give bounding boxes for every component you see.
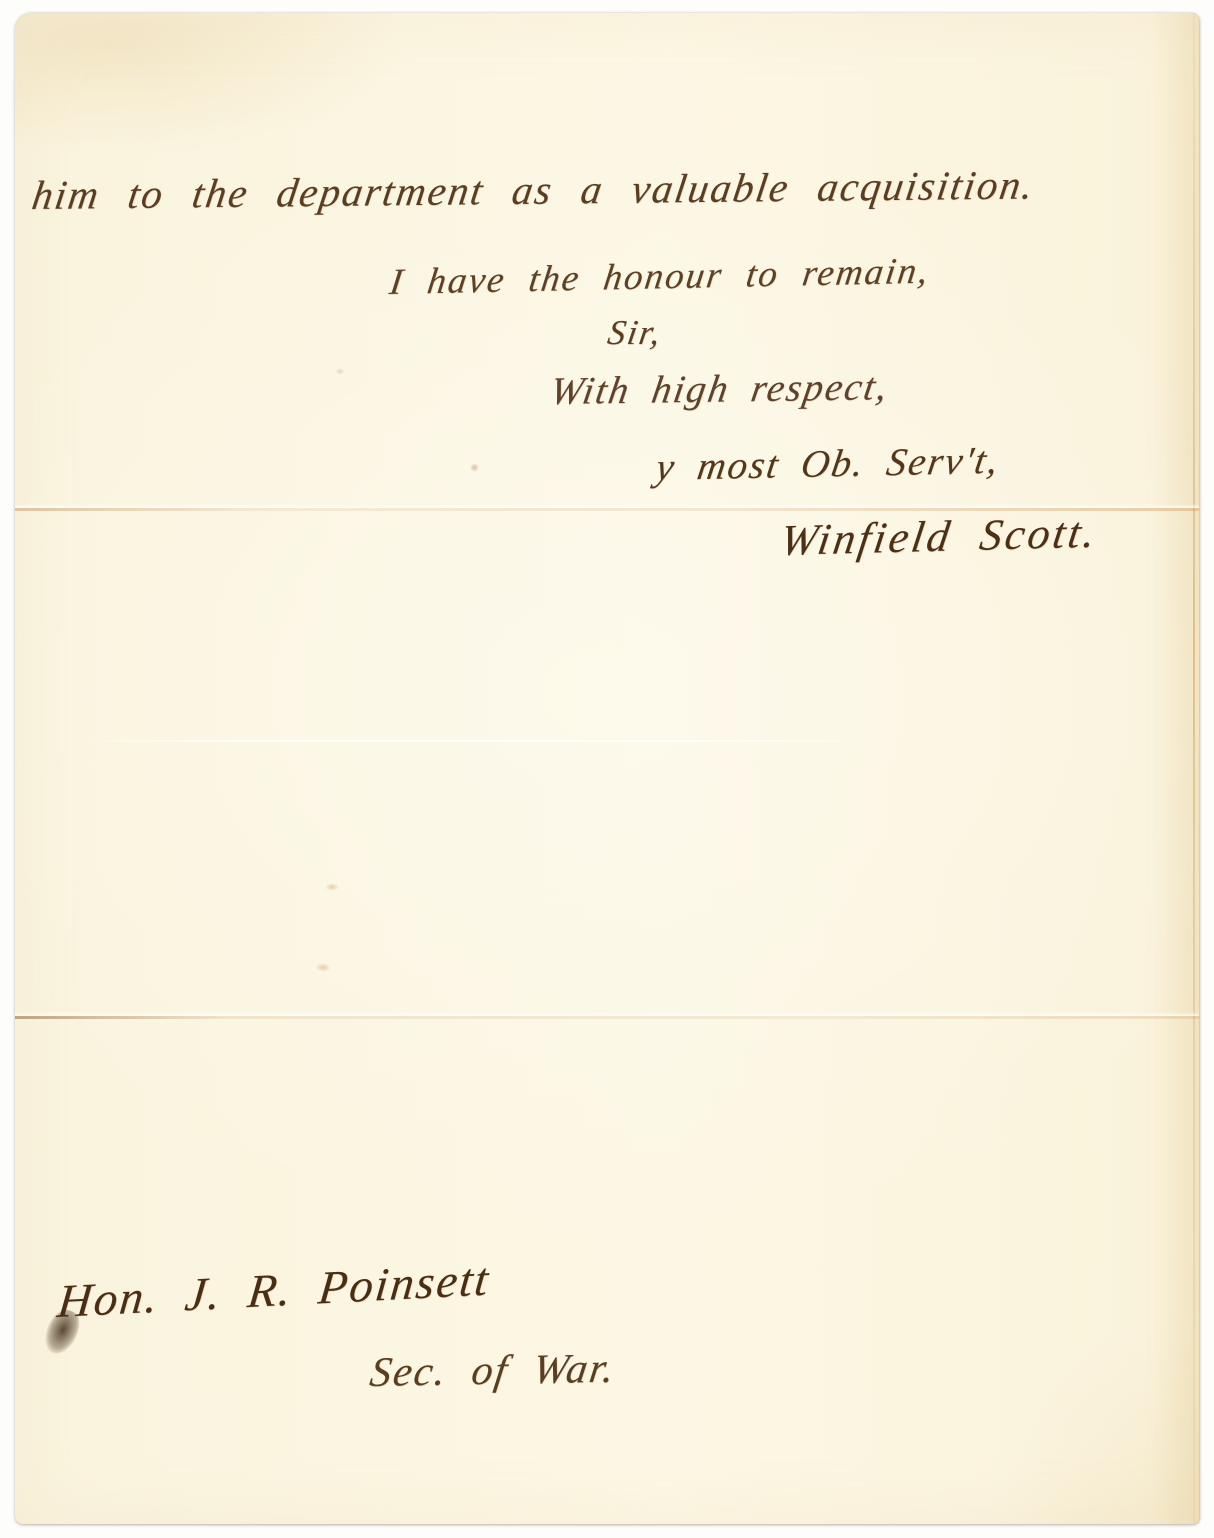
letter-body-line: him to the department as a valuable acqu… <box>29 161 1038 219</box>
foxing-speck <box>335 368 345 375</box>
recipient-name: Hon. J. R. Poinsett <box>55 1253 493 1329</box>
foxing-speck <box>470 463 479 472</box>
fold-crease-faint <box>15 740 1199 742</box>
recipient-title: Sec. of War. <box>367 1345 619 1397</box>
fold-crease-lower <box>15 1016 1199 1019</box>
closing-respect-line: With high respect, <box>547 364 892 414</box>
paper-right-edge <box>1193 13 1195 1524</box>
closing-servant-line: y most Ob. Serv't, <box>653 438 1003 490</box>
foxing-speck <box>325 883 339 891</box>
closing-honour-line: I have the honour to remain, <box>387 250 933 304</box>
letter-sheet: him to the department as a valuable acqu… <box>15 13 1199 1524</box>
signature-winfield-scott: Winfield Scott. <box>777 507 1102 566</box>
salutation-sir: Sir, <box>605 313 665 353</box>
foxing-speck <box>315 963 331 972</box>
